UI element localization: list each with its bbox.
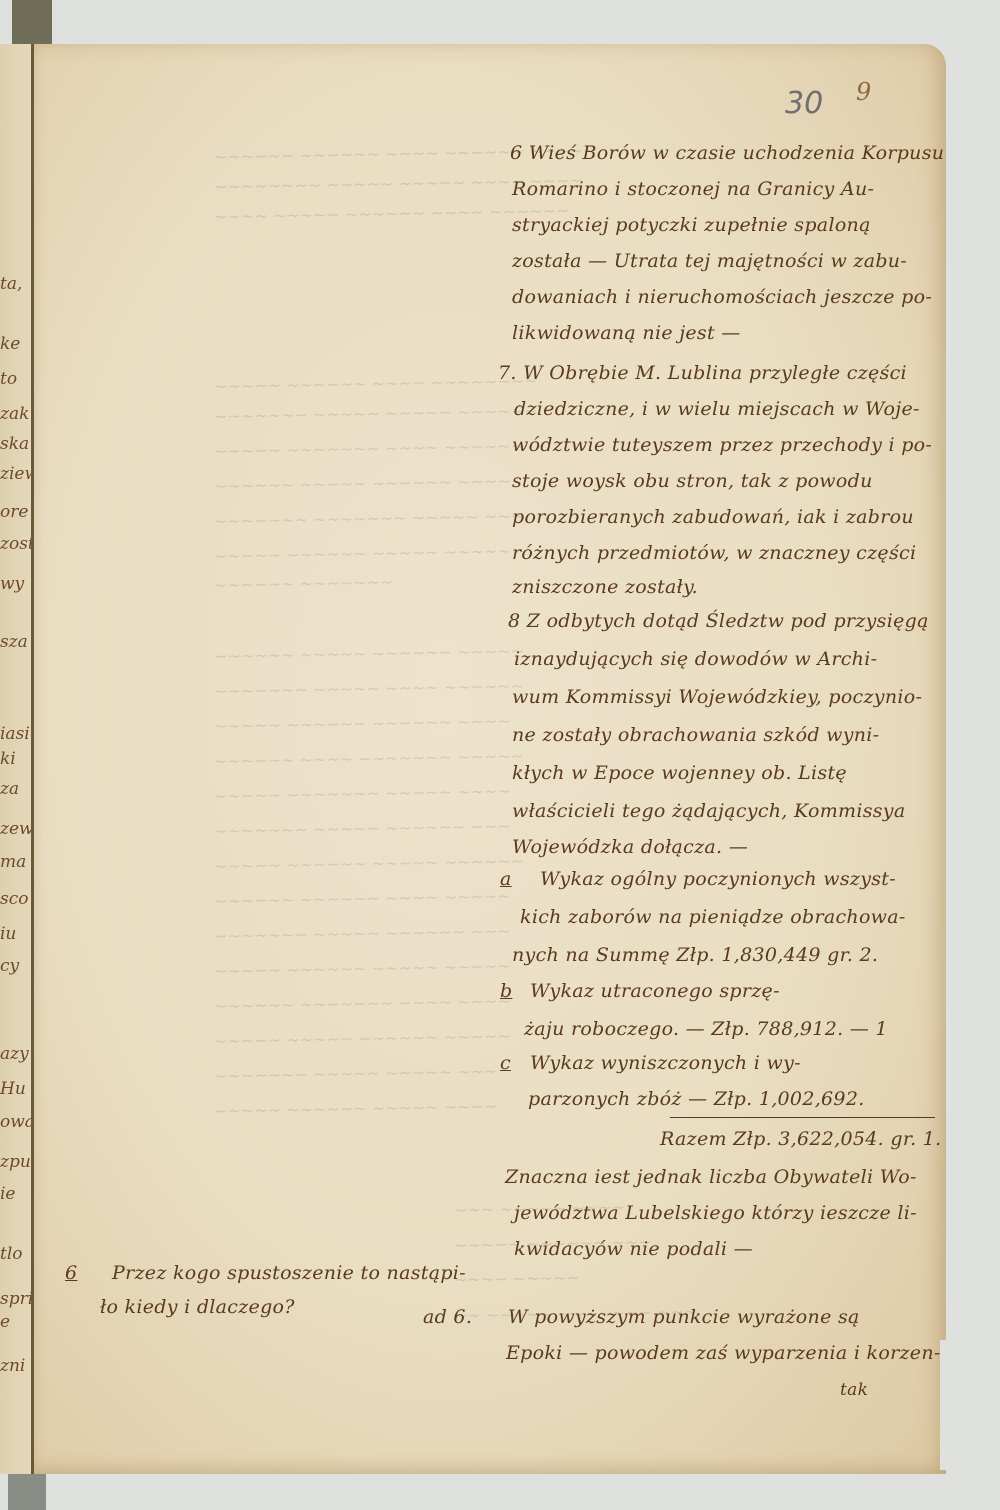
facing-fragment: ie (0, 1184, 16, 1204)
facing-fragment: sza (0, 632, 28, 652)
facing-fragment: to (0, 369, 17, 389)
item7-line: różnych przedmiotów, w znaczney części (512, 542, 916, 564)
facing-fragment: zpu (0, 1152, 31, 1172)
facing-fragment: ki (0, 749, 16, 769)
answer-ad6-line: Epoki — powodem zaś wyparzenia i korzen- (506, 1342, 941, 1364)
facing-page-edge: ta, ke to zak ska ziew ore zosta wy sza … (0, 44, 32, 1474)
facing-fragment: zni (0, 1356, 25, 1376)
list-label-c: c (500, 1052, 511, 1074)
list-label-b: b (500, 980, 512, 1002)
facing-fragment: ore (0, 502, 28, 522)
facing-fragment: azy (0, 1044, 29, 1064)
item7-line: 7. W Obrębie M. Lublina przyległe części (498, 362, 907, 384)
item6-line: Romarino i stoczonej na Granicy Au- (512, 178, 874, 200)
folio-number-pencil: 30 (785, 86, 823, 121)
binding-tab-bottom (8, 1474, 46, 1510)
facing-fragment: sco (0, 889, 28, 909)
item8-line: kłych w Epoce wojenney ob. Listę (512, 762, 847, 784)
facing-fragment: cy (0, 956, 19, 976)
list-label-a: a (500, 868, 512, 890)
item8-line: iznaydujących się dowodów w Archi- (514, 648, 877, 670)
facing-fragment: spri (0, 1289, 32, 1309)
list-b-line: Wykaz utraconego sprzę- (530, 980, 780, 1002)
list-c-line: parzonych zbóż — Złp. 1,002,692. (528, 1088, 865, 1110)
facing-fragment: iasi (0, 724, 30, 744)
list-a-line: nych na Summę Złp. 1,830,449 gr. 2. (512, 944, 878, 966)
item7-line: wództwie tuteyszem przez przechody i po- (512, 434, 932, 456)
facing-fragment: wy (0, 574, 24, 594)
binding-tab-top (12, 0, 52, 44)
item8-line: ne zostały obrachowania szkód wyni- (512, 724, 879, 746)
item8-line: właścicieli tego żądających, Kommissya (512, 800, 905, 822)
item7-line: porozbieranych zabudowań, iak i zabrou (512, 506, 914, 528)
facing-fragment: ma (0, 852, 26, 872)
question6-label: 6 (65, 1262, 77, 1284)
folio-number-ink: 9 (856, 78, 871, 106)
facing-fragment: ska (0, 434, 29, 454)
facing-fragment: ke (0, 334, 20, 354)
list-c-line: Wykaz wyniszczonych i wy- (530, 1052, 801, 1074)
facing-fragment: zak (0, 404, 29, 424)
closing-line: jewództwa Lubelskiego którzy ieszcze li- (514, 1202, 917, 1224)
total-rule (670, 1117, 935, 1118)
list-a-line: kich zaborów na pieniądze obrachowa- (520, 906, 906, 928)
item7-line: dziedziczne, i w wielu miejscach w Woje- (514, 398, 920, 420)
question6-line: ło kiedy i dlaczego? (100, 1296, 295, 1318)
list-a-line: Wykaz ogólny poczynionych wszyst- (540, 868, 896, 890)
facing-fragment: zosta (0, 534, 32, 554)
item8-line: Wojewódzka dołącza. — (512, 836, 748, 858)
catchword: tak (840, 1380, 868, 1400)
facing-fragment: e (0, 1312, 10, 1332)
item8-line: wum Kommissyi Wojewódzkiey, poczynio- (512, 686, 922, 708)
closing-line: kwidacyów nie podali — (514, 1238, 753, 1260)
facing-fragment: tlo (0, 1244, 23, 1264)
answer-ad6-label: ad 6. (423, 1306, 472, 1328)
facing-fragment: owa (0, 1112, 32, 1132)
closing-line: Znaczna iest jednak liczba Obywateli Wo- (505, 1166, 917, 1188)
item6-line: stryackiej potyczki zupełnie spaloną (512, 214, 871, 236)
answer-ad6-line: W powyższym punkcie wyrażone są (508, 1306, 860, 1328)
question6-line: Przez kogo spustoszenie to nastąpi- (112, 1262, 466, 1284)
total-line: Razem Złp. 3,622,054. gr. 1. (660, 1128, 942, 1150)
item7-line: zniszczone zostały. (512, 576, 698, 598)
item6-line: dowaniach i nieruchomościach jeszcze po- (512, 286, 932, 308)
item6-line: 6 Wieś Borów w czasie uchodzenia Korpusu (510, 142, 944, 164)
item6-line: likwidowaną nie jest — (512, 322, 741, 344)
facing-fragment: ta, (0, 274, 22, 294)
list-b-line: żaju roboczego. — Złp. 788,912. — 1 (524, 1018, 888, 1040)
item7-line: stoje woysk obu stron, tak z powodu (512, 470, 873, 492)
item6-line: została — Utrata tej majętności w zabu- (512, 250, 907, 272)
facing-fragment: zew (0, 819, 32, 839)
facing-fragment: iu (0, 924, 16, 944)
facing-fragment: Hu (0, 1079, 26, 1099)
item8-line: 8 Z odbytych dotąd Śledztw pod przysięgą (508, 610, 929, 632)
torn-page-edge (940, 1340, 970, 1470)
facing-fragment: ziew (0, 464, 32, 484)
facing-fragment: za (0, 779, 19, 799)
